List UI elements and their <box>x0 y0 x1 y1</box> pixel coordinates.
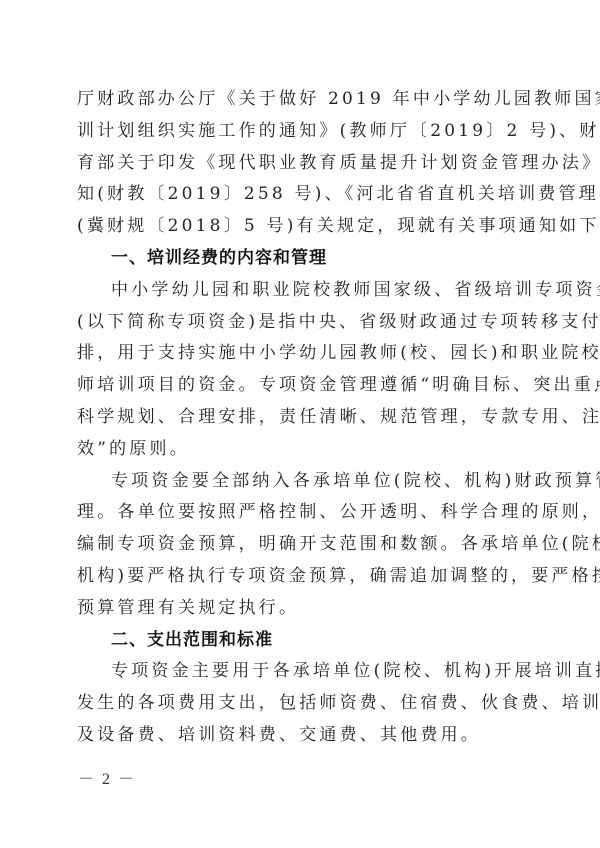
paragraph-line: 师培训项目的资金。专项资金管理遵循“明确目标、突出重点， <box>77 370 523 402</box>
paragraph-line: 理。各单位要按照严格控制、公开透明、科学合理的原则，单独 <box>77 497 523 529</box>
paragraph-line: 排，用于支持实施中小学幼儿园教师(校、园长)和职业院校教 <box>77 338 523 370</box>
document-page: 厅财政部办公厅《关于做好 2019 年中小学幼儿园教师国家级培 训计划组织实施工… <box>0 0 600 848</box>
paragraph-line: 专项资金主要用于各承培单位(院校、机构)开展培训直接 <box>77 656 523 688</box>
paragraph-line: 专项资金要全部纳入各承培单位(院校、机构)财政预算管 <box>77 466 523 498</box>
document-body: 厅财政部办公厅《关于做好 2019 年中小学幼儿园教师国家级培 训计划组织实施工… <box>77 84 523 752</box>
paragraph-line: 效”的原则。 <box>77 434 523 466</box>
intro-line: (冀财规〔2018〕5 号)有关规定，现就有关事项通知如下： <box>77 211 523 243</box>
paragraph-line: 机构)要严格执行专项资金预算，确需追加调整的，要严格按照 <box>77 561 523 593</box>
paragraph-line: 科学规划、合理安排，责任清晰、规范管理，专款专用、注重实 <box>77 402 523 434</box>
paragraph-line: 预算管理有关规定执行。 <box>77 593 523 625</box>
paragraph-line: 中小学幼儿园和职业院校教师国家级、省级培训专项资金 <box>77 275 523 307</box>
paragraph-line: (以下简称专项资金)是指中央、省级财政通过专项转移支付安 <box>77 307 523 339</box>
intro-line: 知(财教〔2019〕258 号)、《河北省省直机关培训费管理办法》 <box>77 179 523 211</box>
page-number: － 2 － <box>78 766 136 789</box>
paragraph-line: 及设备费、培训资料费、交通费、其他费用。 <box>77 720 523 752</box>
section-heading-2: 二、支出范围和标准 <box>77 625 523 657</box>
intro-line: 厅财政部办公厅《关于做好 2019 年中小学幼儿园教师国家级培 <box>77 84 523 116</box>
paragraph-line: 编制专项资金预算，明确开支范围和数额。各承培单位(院校、 <box>77 529 523 561</box>
intro-line: 训计划组织实施工作的通知》(教师厅〔2019〕2 号)、财政部教 <box>77 116 523 148</box>
paragraph-line: 发生的各项费用支出，包括师资费、住宿费、伙食费、培训场地 <box>77 688 523 720</box>
section-heading-1: 一、培训经费的内容和管理 <box>77 243 523 275</box>
intro-line: 育部关于印发《现代职业教育质量提升计划资金管理办法》的通 <box>77 148 523 180</box>
